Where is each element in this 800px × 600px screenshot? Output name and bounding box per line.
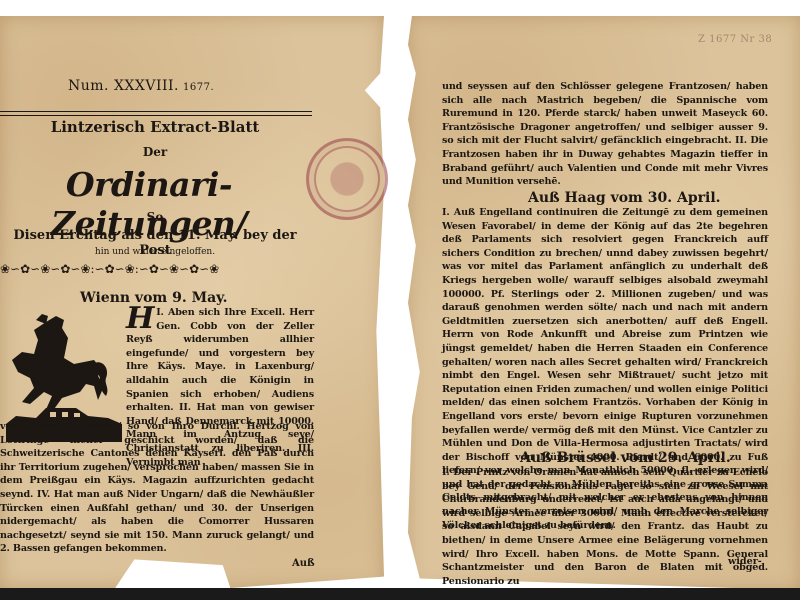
article-wien-full: von einem Expressen/ so von Ihro Durchl.… bbox=[0, 420, 314, 556]
masthead-line-2: Der bbox=[0, 145, 310, 159]
issue-number: Num. XXXVIII.1677. bbox=[68, 78, 214, 94]
masthead-line-6: hin und wider eingeloffen. bbox=[0, 247, 310, 257]
issue-year: 1677. bbox=[183, 82, 214, 93]
masthead-rule bbox=[0, 111, 312, 116]
dateline-haag: Auß Haag vom 30. April. bbox=[528, 190, 721, 206]
article-continuation: und seyssen auf den Schlösser gelegene F… bbox=[442, 80, 768, 189]
catchword-right: wider- bbox=[728, 556, 762, 567]
article-bruessel: I. Der Printz von Oranien hat annoch sei… bbox=[442, 466, 768, 588]
masthead-line-4: So bbox=[0, 210, 310, 224]
drop-cap: H bbox=[126, 306, 154, 332]
pencil-shelfmark: Z 1677 Nr 38 bbox=[698, 34, 772, 45]
issue-number-text: Num. XXXVIII. bbox=[68, 78, 179, 94]
masthead-line-1: Lintzerisch Extract-Blatt bbox=[0, 118, 310, 136]
catchword-left: Auß bbox=[292, 558, 315, 569]
library-stamp-icon bbox=[306, 138, 388, 220]
scan-bottom-edge bbox=[0, 588, 800, 600]
ornamental-border: ❀∽✿∽❀∽✿∽❀:∽✿∽❀:∽✿∽❀∽✿∽❀ bbox=[0, 262, 312, 276]
dateline-bruessel: Auß Brüssel vom 29. April. bbox=[520, 450, 731, 466]
